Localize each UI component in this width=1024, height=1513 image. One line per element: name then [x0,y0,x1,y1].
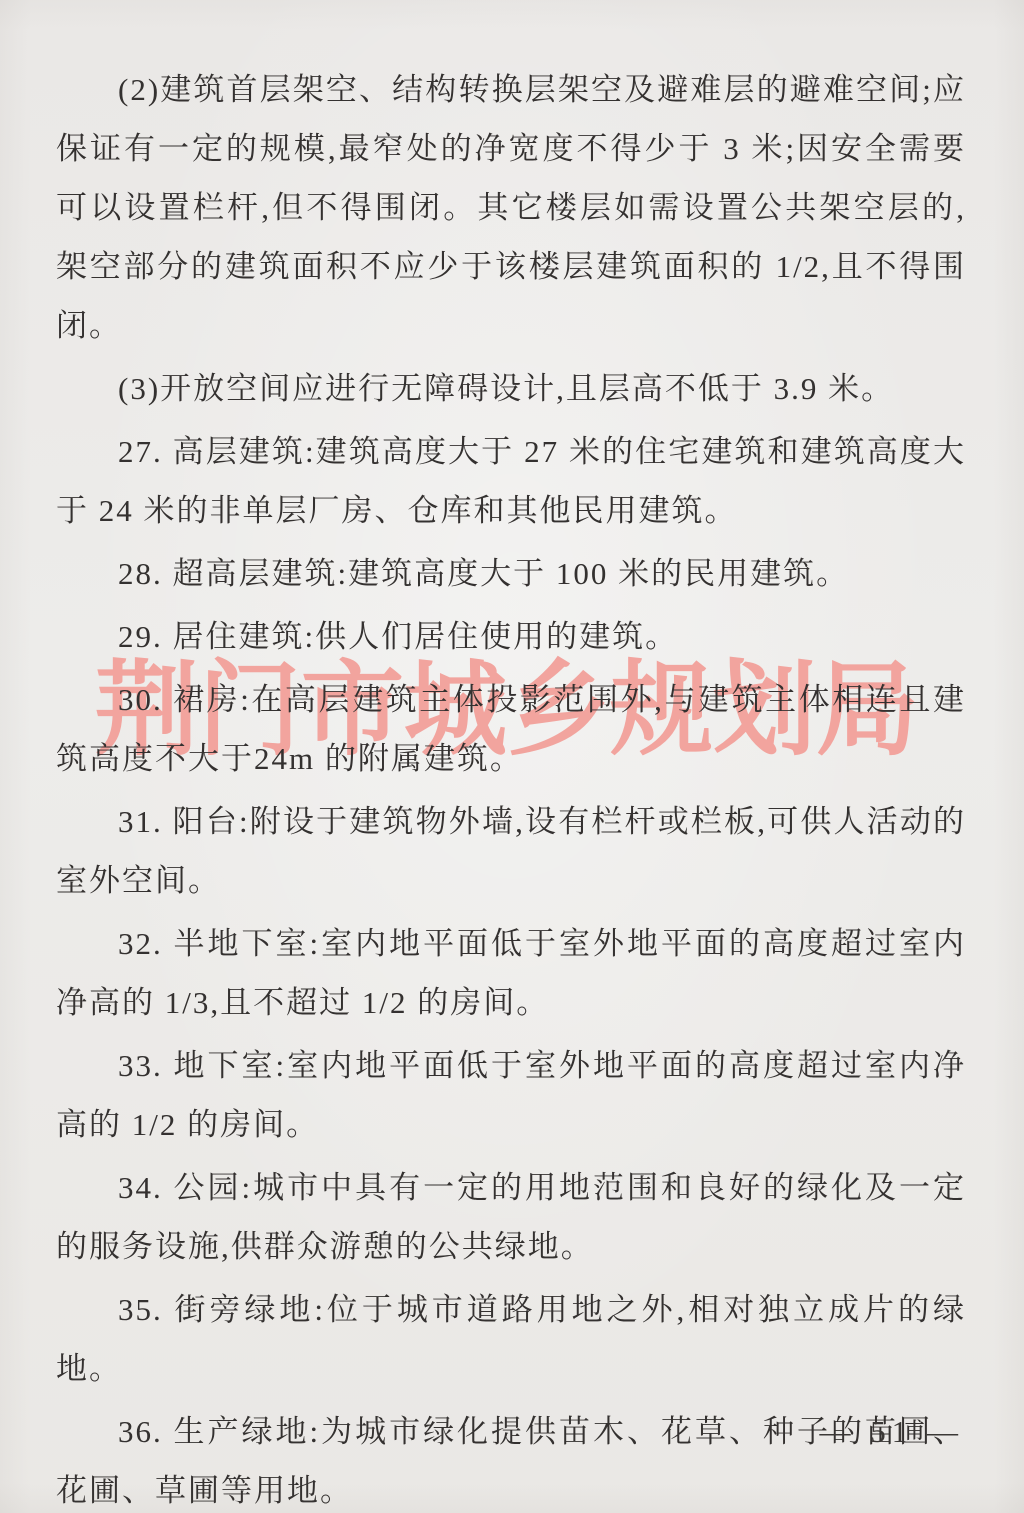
paragraph-term-35: 35. 街旁绿地:位于城市道路用地之外,相对独立成片的绿地。 [56,1280,966,1398]
paragraph-item-2: (2)建筑首层架空、结构转换层架空及避难层的避难空间;应保证有一定的规模,最窄处… [56,60,966,355]
paragraph-term-32: 32. 半地下室:室内地平面低于室外地平面的高度超过室内净高的 1/3,且不超过… [56,914,966,1032]
scanned-document-page: { "page": { "background_color": "#ecebe9… [0,0,1024,1513]
paragraph-term-28: 28. 超高层建筑:建筑高度大于 100 米的民用建筑。 [56,544,966,603]
page-number: — 51 — [820,1414,965,1450]
paragraph-item-3: (3)开放空间应进行无障碍设计,且层高不低于 3.9 米。 [56,359,966,418]
paragraph-term-29: 29. 居住建筑:供人们居住使用的建筑。 [56,607,966,666]
paragraph-term-34: 34. 公园:城市中具有一定的用地范围和良好的绿化及一定的服务设施,供群众游憩的… [56,1158,966,1276]
paragraph-term-30: 30. 裙房:在高层建筑主体投影范围外,与建筑主体相连且建筑高度不大于24m 的… [56,670,966,788]
document-body: (2)建筑首层架空、结构转换层架空及避难层的避难空间;应保证有一定的规模,最窄处… [56,60,966,1513]
paragraph-term-31: 31. 阳台:附设于建筑物外墙,设有栏杆或栏板,可供人活动的室外空间。 [56,792,966,910]
paragraph-term-27: 27. 高层建筑:建筑高度大于 27 米的住宅建筑和建筑高度大于 24 米的非单… [56,422,966,540]
paragraph-term-33: 33. 地下室:室内地平面低于室外地平面的高度超过室内净高的 1/2 的房间。 [56,1036,966,1154]
